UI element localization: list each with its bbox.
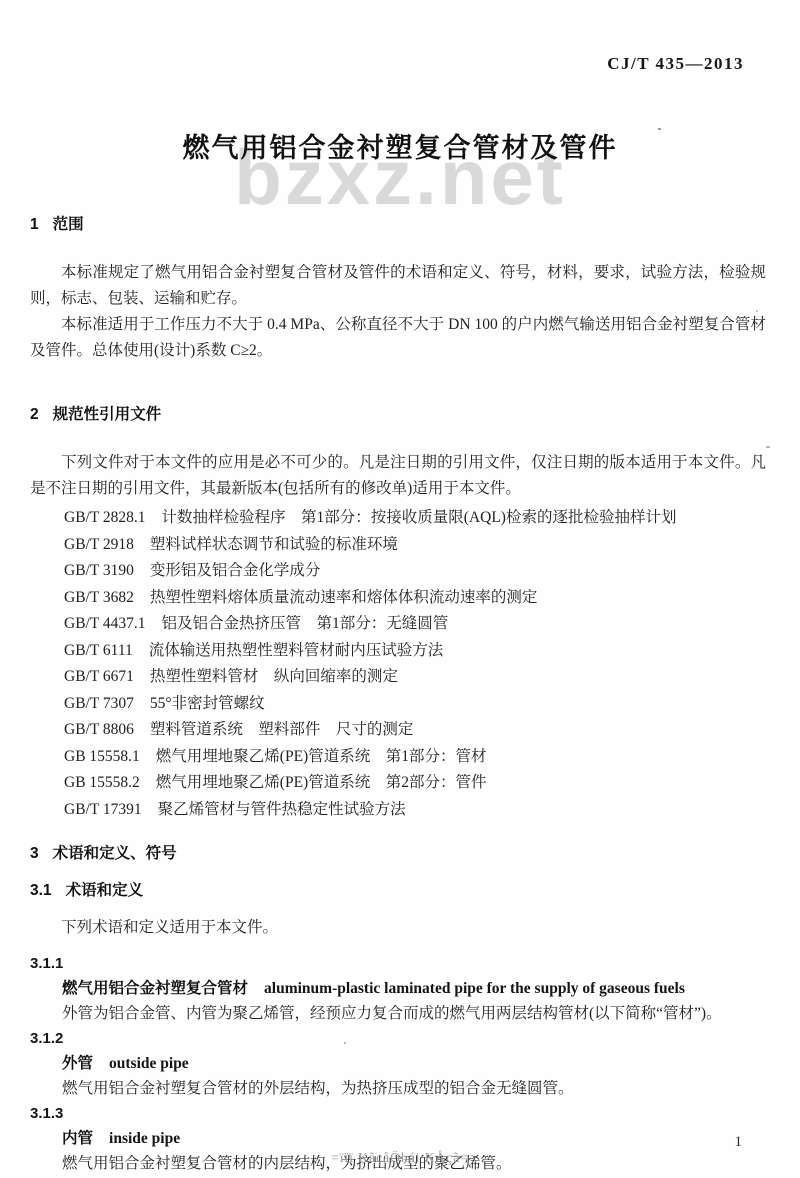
term-english: aluminum-plastic laminated pipe for the … [264,980,685,997]
page-number: 1 [735,1134,743,1151]
term-chinese: 内管 [62,1130,93,1147]
reference-title: 热塑性塑料熔体质量流动速率和熔体体积流动速率的测定 [150,589,538,606]
clause-number: 3.1.2 [30,1026,766,1051]
reference-code: GB/T 2918 [64,536,134,553]
reference-title: 变形铝及铝合金化学成分 [150,562,321,579]
reference-item: GB/T 17391聚乙烯管材与管件热稳定性试验方法 [30,797,766,824]
section-1-heading: 1范围 [30,214,766,236]
reference-item: GB/T 3190变形铝及铝合金化学成分 [30,558,766,585]
term-english: inside pipe [109,1130,180,1147]
section-2-number: 2 [30,404,39,426]
reference-code: GB/T 17391 [64,801,142,818]
section-3-number: 3 [30,843,39,865]
document-body: 1范围 本标准规定了燃气用铝合金衬塑复合管材及管件的术语和定义、符号，材料，要求… [30,214,766,1176]
reference-item: GB/T 730755°非密封管螺纹 [30,691,766,718]
term-block: 3.1.2 外管outside pipe 燃气用铝合金衬塑复合管材的外层结构，为… [30,1026,766,1101]
terms-intro: 下列术语和定义适用于本文件。 [30,915,766,941]
reference-code: GB 15558.2 [64,774,140,791]
reference-item: GB/T 3682热塑性塑料熔体质量流动速率和熔体体积流动速率的测定 [30,585,766,612]
term-chinese: 燃气用铝合金衬塑复合管材 [62,980,248,997]
clause-number: 3.1.1 [30,951,766,976]
reference-item: GB 15558.1燃气用埋地聚乙烯(PE)管道系统 第1部分：管材 [30,744,766,771]
reference-item: GB/T 2918塑料试样状态调节和试验的标准环境 [30,532,766,559]
section-3-title: 术语和定义、符号 [53,845,177,862]
reference-item: GB/T 6111流体输送用热塑性塑料管材耐内压试验方法 [30,638,766,665]
reference-title: 计数抽样检验程序 第1部分：按接收质量限(AQL)检索的逐批检验抽样计划 [162,509,677,526]
reference-item: GB 15558.2燃气用埋地聚乙烯(PE)管道系统 第2部分：管件 [30,770,766,797]
reference-title: 流体输送用热塑性塑料管材耐内压试验方法 [149,642,444,659]
reference-code: GB/T 2828.1 [64,509,146,526]
reference-code: GB/T 6671 [64,668,134,685]
reference-code: GB/T 7307 [64,695,134,712]
term-line: 燃气用铝合金衬塑复合管材aluminum-plastic laminated p… [30,976,766,1001]
reference-code: GB 15558.1 [64,748,140,765]
section-3-heading: 3术语和定义、符号 [30,843,766,865]
reference-code: GB/T 3682 [64,589,134,606]
reference-title: 燃气用埋地聚乙烯(PE)管道系统 第1部分：管材 [156,748,487,765]
term-chinese: 外管 [62,1055,93,1072]
reference-item: GB/T 6671热塑性塑料管材 纵向回缩率的测定 [30,664,766,691]
section-2-title: 规范性引用文件 [53,406,162,423]
term-definition: 燃气用铝合金衬塑复合管材的外层结构，为热挤压成型的铝合金无缝圆管。 [30,1076,766,1101]
term-line: 外管outside pipe [30,1051,766,1076]
section-2-heading: 2规范性引用文件 [30,404,766,426]
section-1-title: 范围 [53,216,84,233]
reference-list: GB/T 2828.1计数抽样检验程序 第1部分：按接收质量限(AQL)检索的逐… [30,505,766,823]
reference-title: 铝及铝合金热挤压管 第1部分：无缝圆管 [162,615,449,632]
reference-title: 塑料管道系统 塑料部件 尺寸的测定 [150,721,414,738]
reference-code: GB/T 8806 [64,721,134,738]
document-title: 燃气用铝合金衬塑复合管材及管件 [0,126,800,165]
reference-code: GB/T 4437.1 [64,615,146,632]
term-definition: 外管为铝合金管、内管为聚乙烯管，经预应力复合而成的燃气用两层结构管材(以下简称“… [30,1001,766,1026]
reference-code: GB/T 3190 [64,562,134,579]
term-line: 内管inside pipe [30,1126,766,1151]
reference-title: 55°非密封管螺纹 [150,695,265,712]
reference-title: 热塑性塑料管材 纵向回缩率的测定 [150,668,398,685]
section-3-1-title: 术语和定义 [66,882,144,899]
reference-item: GB/T 8806塑料管道系统 塑料部件 尺寸的测定 [30,717,766,744]
scan-speck [766,446,770,448]
scope-paragraph-1: 本标准规定了燃气用铝合金衬塑复合管材及管件的术语和定义、符号，材料，要求，试验方… [30,260,766,312]
section-3-1-number: 3.1 [30,880,52,902]
standard-number: CJ/T 435—2013 [607,54,744,74]
term-block: 3.1.1 燃气用铝合金衬塑复合管材aluminum-plastic lamin… [30,951,766,1026]
reference-title: 聚乙烯管材与管件热稳定性试验方法 [158,801,406,818]
reference-title: 塑料试样状态调节和试验的标准环境 [150,536,398,553]
clause-number: 3.1.3 [30,1101,766,1126]
reference-title: 燃气用埋地聚乙烯(PE)管道系统 第2部分：管件 [156,774,487,791]
section-1-number: 1 [30,214,39,236]
reference-code: GB/T 6111 [64,642,133,659]
reference-item: GB/T 2828.1计数抽样检验程序 第1部分：按接收质量限(AQL)检索的逐… [30,505,766,532]
section-3-1-heading: 3.1术语和定义 [30,880,766,902]
scope-paragraph-2: 本标准适用于工作压力不大于 0.4 MPa、公称直径不大于 DN 100 的户内… [30,312,766,364]
footer-watermark: =ïïï KãçåÖhái KÅçã= [0,1150,800,1166]
term-english: outside pipe [109,1055,189,1072]
reference-item: GB/T 4437.1铝及铝合金热挤压管 第1部分：无缝圆管 [30,611,766,638]
document-page: CJ/T 435—2013 bzxz.net 燃气用铝合金衬塑复合管材及管件 1… [0,0,800,1178]
references-intro: 下列文件对于本文件的应用是必不可少的。凡是注日期的引用文件，仅注日期的版本适用于… [30,450,766,502]
